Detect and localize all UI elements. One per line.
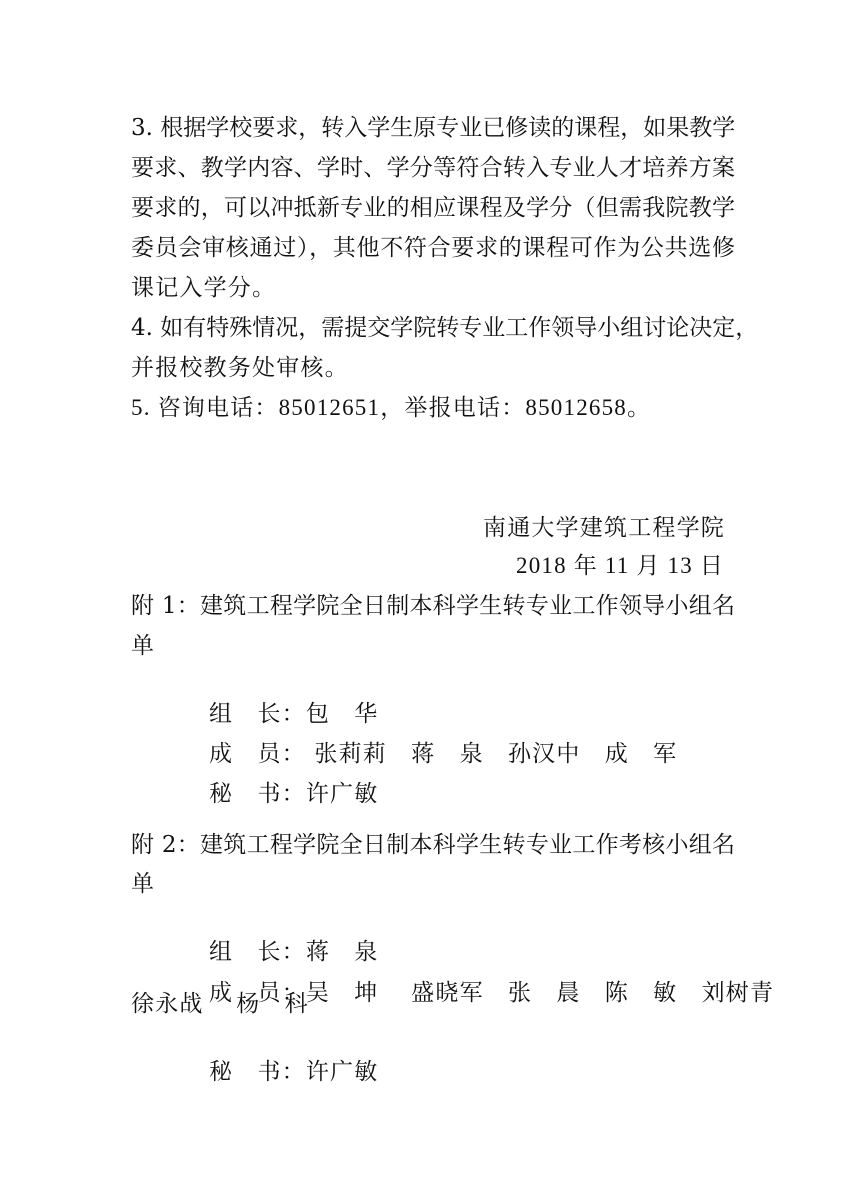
appendix-2-secretary-row: 秘 书：许广敏 [175,1030,378,1114]
rule-3-line-2: 要求、教学内容、学时、学分等符合转入专业人才培养方案 [131,154,735,182]
signature-date: 2018 年 11 月 13 日 [516,552,724,580]
rule-4-line-1: 4. 如有特殊情况，需提交学院转专业工作领导小组讨论决定， [131,314,735,342]
rule-3-line-5: 课记入学分。 [131,274,276,302]
appendix-1-title-cont: 单 [131,632,155,660]
rule-3-line-1: 3. 根据学校要求，转入学生原专业已修读的课程，如果教学 [131,114,735,142]
appendix-2-members-row-cont: 徐永战 杨 科 [131,990,309,1018]
members-names: 吴 坤 盛晓军 张 晨 陈 敏 刘树青 [306,980,774,1006]
secretary-label: 秘 书： [209,781,306,807]
appendix-1-secretary-row: 秘 书：许广敏 [175,752,378,836]
rule-3-line-3: 要求的，可以冲抵新专业的相应课程及学分（但需我院教学 [131,194,735,222]
secretary-label: 秘 书： [209,1059,306,1085]
document-page: 3. 根据学校要求，转入学生原专业已修读的课程，如果教学 要求、教学内容、学时、… [0,0,848,1200]
secretary-name: 许广敏 [306,781,379,807]
rule-3-line-4: 委员会审核通过），其他不符合要求的课程可作为公共选修 [131,234,735,262]
secretary-name: 许广敏 [306,1059,379,1085]
appendix-1-title: 附 1：建筑工程学院全日制本科学生转专业工作领导小组名 [131,592,735,620]
rule-4-line-2: 并报校教务处审核。 [131,354,349,382]
rule-5-contact-line: 5. 咨询电话：85012651，举报电话：85012658。 [131,394,651,422]
signature-organization: 南通大学建筑工程学院 [483,514,725,542]
appendix-2-title-cont: 单 [131,870,155,898]
appendix-2-title: 附 2：建筑工程学院全日制本科学生转专业工作考核小组名 [131,831,735,859]
